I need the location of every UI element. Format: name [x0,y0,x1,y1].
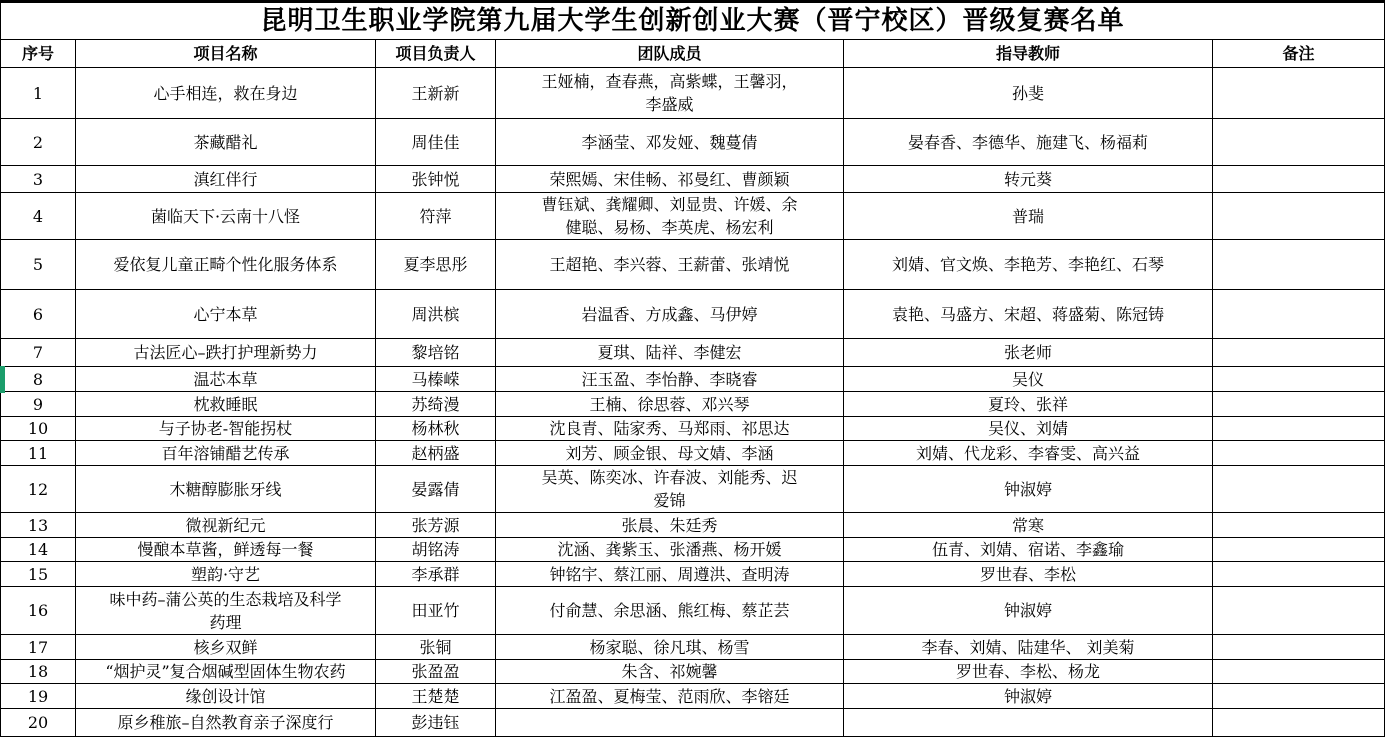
cell-project[interactable]: 心宁本草 [76,290,376,339]
table-row: 12木糖醇膨胀牙线晏露倩吴英、陈奕冰、许春波、刘能秀、迟 爱锦钟淑婷 [1,466,1385,513]
cell-project[interactable]: “烟护灵”复合烟碱型固体生物农药 [76,660,376,684]
cell-no[interactable]: 16 [1,587,76,635]
cell-note[interactable] [1213,166,1385,193]
cell-leader[interactable]: 晏露倩 [376,466,496,513]
table-row: 10与子协老-智能拐杖杨林秋沈良青、陆家秀、马郑雨、祁思达吴仪、刘婧 [1,417,1385,441]
cell-advisors[interactable]: 吴仪 [844,367,1213,392]
cell-leader[interactable]: 周佳佳 [376,119,496,166]
cell-no[interactable]: 10 [1,417,76,441]
cell-team[interactable] [496,709,844,737]
cell-project[interactable]: 核乡双鲜 [76,635,376,660]
table-row: 16味中药–蒲公英的生态栽培及科学 药理田亚竹付俞慧、余思涵、熊红梅、蔡芷芸钟淑… [1,587,1385,635]
table-title[interactable]: 昆明卫生职业学院第九届大学生创新创业大赛（晋宁校区）晋级复赛名单 [1,2,1385,40]
cell-note[interactable] [1213,660,1385,684]
cell-team[interactable]: 沈良青、陆家秀、马郑雨、祁思达 [496,417,844,441]
cell-project[interactable]: 菌临天下·云南十八怪 [76,193,376,240]
cell-leader[interactable]: 马榛嵘 [376,367,496,392]
cell-leader[interactable]: 张盈盈 [376,660,496,684]
cell-project[interactable]: 百年溶铺醋艺传承 [76,441,376,466]
cell-leader[interactable]: 周洪槟 [376,290,496,339]
cell-advisors[interactable]: 袁艳、马盛方、宋超、蒋盛菊、陈冠铸 [844,290,1213,339]
cell-note[interactable] [1213,635,1385,660]
cell-advisors[interactable]: 晏春香、李德华、施建飞、杨福莉 [844,119,1213,166]
cell-note[interactable] [1213,562,1385,587]
cell-advisors[interactable]: 罗世春、李松 [844,562,1213,587]
table-row: 15塑韵·守艺李承群钟铭宇、蔡江丽、周遵洪、查明涛罗世春、李松 [1,562,1385,587]
cell-team[interactable]: 岩温香、方成鑫、马伊婷 [496,290,844,339]
cell-advisors[interactable]: 钟淑婷 [844,684,1213,709]
header-no[interactable]: 序号 [1,40,76,68]
cell-project[interactable]: 慢酿本草酱，鲜透每一餐 [76,538,376,562]
table-row: 6心宁本草周洪槟岩温香、方成鑫、马伊婷袁艳、马盛方、宋超、蒋盛菊、陈冠铸 [1,290,1385,339]
table-row: 17核乡双鲜张铜杨家聪、徐凡琪、杨雪李春、刘婧、陆建华、 刘美菊 [1,635,1385,660]
cell-advisors[interactable]: 李春、刘婧、陆建华、 刘美菊 [844,635,1213,660]
table-row: 7古法匠心–跌打护理新势力黎培铭夏琪、陆祥、李健宏张老师 [1,339,1385,367]
cell-note[interactable] [1213,68,1385,119]
cell-no[interactable]: 11 [1,441,76,466]
selected-cell-indicator [0,366,5,393]
cell-no[interactable]: 14 [1,538,76,562]
table-row: 11百年溶铺醋艺传承赵柄盛刘芳、顾金银、母文婧、李涵刘婧、代龙彩、李睿雯、高兴益 [1,441,1385,466]
cell-note[interactable] [1213,339,1385,367]
cell-advisors[interactable]: 钟淑婷 [844,466,1213,513]
cell-team[interactable]: 荣熙嫣、宋佳畅、祁曼红、曹颜颖 [496,166,844,193]
cell-advisors[interactable]: 夏玲、张祥 [844,392,1213,417]
table-row: 1心手相连，救在身边王新新王娅楠，查春燕，高紫蝶，王馨羽， 李盛威孙斐 [1,68,1385,119]
cell-no[interactable]: 15 [1,562,76,587]
cell-no[interactable]: 7 [1,339,76,367]
cell-advisors[interactable]: 刘婧、官文焕、李艳芳、李艳红、石琴 [844,240,1213,290]
results-table: 昆明卫生职业学院第九届大学生创新创业大赛（晋宁校区）晋级复赛名单 序号项目名称项… [0,0,1385,737]
cell-team[interactable]: 汪玉盈、李怡静、李晓睿 [496,367,844,392]
table-row: 4菌临天下·云南十八怪符萍曹钰斌、龚耀卿、刘显贵、许媛、余 健聪、易杨、李英虎、… [1,193,1385,240]
cell-advisors[interactable]: 吴仪、刘婧 [844,417,1213,441]
cell-leader[interactable]: 王新新 [376,68,496,119]
cell-team[interactable]: 刘芳、顾金银、母文婧、李涵 [496,441,844,466]
cell-leader[interactable]: 杨林秋 [376,417,496,441]
cell-team[interactable]: 杨家聪、徐凡琪、杨雪 [496,635,844,660]
cell-advisors[interactable]: 普瑞 [844,193,1213,240]
cell-team[interactable]: 王娅楠，查春燕，高紫蝶，王馨羽， 李盛威 [496,68,844,119]
cell-leader[interactable]: 赵柄盛 [376,441,496,466]
cell-note[interactable] [1213,441,1385,466]
table-row: 3滇红伴行张钟悦荣熙嫣、宋佳畅、祁曼红、曹颜颖转元葵 [1,166,1385,193]
cell-note[interactable] [1213,290,1385,339]
cell-no[interactable]: 17 [1,635,76,660]
cell-note[interactable] [1213,684,1385,709]
cell-leader[interactable]: 胡铭涛 [376,538,496,562]
table-row: 8温芯本草马榛嵘汪玉盈、李怡静、李晓睿吴仪 [1,367,1385,392]
cell-project[interactable]: 枕救睡眠 [76,392,376,417]
cell-leader[interactable]: 夏李思彤 [376,240,496,290]
cell-note[interactable] [1213,466,1385,513]
table-row: 5爱依复儿童正畸个性化服务体系夏李思彤王超艳、李兴蓉、王薪蕾、张靖悦刘婧、官文焕… [1,240,1385,290]
cell-note[interactable] [1213,367,1385,392]
cell-no[interactable]: 2 [1,119,76,166]
cell-note[interactable] [1213,587,1385,635]
cell-advisors[interactable]: 刘婧、代龙彩、李睿雯、高兴益 [844,441,1213,466]
cell-leader[interactable]: 田亚竹 [376,587,496,635]
cell-leader[interactable]: 张钟悦 [376,166,496,193]
cell-project[interactable]: 味中药–蒲公英的生态栽培及科学 药理 [76,587,376,635]
cell-advisors[interactable] [844,709,1213,737]
cell-team[interactable]: 曹钰斌、龚耀卿、刘显贵、许媛、余 健聪、易杨、李英虎、杨宏利 [496,193,844,240]
cell-team[interactable]: 王超艳、李兴蓉、王薪蕾、张靖悦 [496,240,844,290]
header-project[interactable]: 项目名称 [76,40,376,68]
cell-no[interactable]: 8 [1,367,76,392]
cell-project[interactable]: 塑韵·守艺 [76,562,376,587]
cell-project[interactable]: 与子协老-智能拐杖 [76,417,376,441]
table-row: 20原乡稚旅–自然教育亲子深度行彭违钰 [1,709,1385,737]
table-row: 19缘创设计馆王楚楚江盈盈、夏梅莹、范雨欣、李镕廷钟淑婷 [1,684,1385,709]
cell-no[interactable]: 5 [1,240,76,290]
header-team[interactable]: 团队成员 [496,40,844,68]
cell-no[interactable]: 3 [1,166,76,193]
cell-no[interactable]: 1 [1,68,76,119]
cell-no[interactable]: 6 [1,290,76,339]
cell-no[interactable]: 9 [1,392,76,417]
cell-advisors[interactable]: 钟淑婷 [844,587,1213,635]
cell-note[interactable] [1213,119,1385,166]
cell-team[interactable]: 钟铭宇、蔡江丽、周遵洪、查明涛 [496,562,844,587]
cell-project[interactable]: 滇红伴行 [76,166,376,193]
cell-project[interactable]: 茶藏醋礼 [76,119,376,166]
cell-team[interactable]: 张晨、朱廷秀 [496,513,844,538]
header-note[interactable]: 备注 [1213,40,1385,68]
cell-project[interactable]: 温芯本草 [76,367,376,392]
cell-leader[interactable]: 黎培铭 [376,339,496,367]
cell-note[interactable] [1213,193,1385,240]
cell-advisors[interactable]: 转元葵 [844,166,1213,193]
cell-team[interactable]: 王楠、徐思蓉、邓兴琴 [496,392,844,417]
table-row: 2茶藏醋礼周佳佳李涵莹、邓发娅、魏蔓倩晏春香、李德华、施建飞、杨福莉 [1,119,1385,166]
cell-advisors[interactable]: 常寒 [844,513,1213,538]
cell-advisors[interactable]: 张老师 [844,339,1213,367]
cell-project[interactable]: 缘创设计馆 [76,684,376,709]
table-row: 18“烟护灵”复合烟碱型固体生物农药张盈盈朱含、祁婉馨罗世春、李松、杨龙 [1,660,1385,684]
cell-project[interactable]: 心手相连，救在身边 [76,68,376,119]
table-row: 13微视新纪元张芳源张晨、朱廷秀常寒 [1,513,1385,538]
cell-team[interactable]: 李涵莹、邓发娅、魏蔓倩 [496,119,844,166]
cell-no[interactable]: 18 [1,660,76,684]
cell-note[interactable] [1213,240,1385,290]
cell-no[interactable]: 12 [1,466,76,513]
cell-leader[interactable]: 李承群 [376,562,496,587]
cell-note[interactable] [1213,709,1385,737]
cell-leader[interactable]: 王楚楚 [376,684,496,709]
cell-no[interactable]: 19 [1,684,76,709]
spreadsheet-view: 昆明卫生职业学院第九届大学生创新创业大赛（晋宁校区）晋级复赛名单 序号项目名称项… [0,0,1387,742]
cell-project[interactable]: 微视新纪元 [76,513,376,538]
header-leader[interactable]: 项目负责人 [376,40,496,68]
cell-note[interactable] [1213,392,1385,417]
cell-leader[interactable]: 苏绮漫 [376,392,496,417]
cell-note[interactable] [1213,513,1385,538]
cell-project[interactable]: 爱依复儿童正畸个性化服务体系 [76,240,376,290]
cell-note[interactable] [1213,538,1385,562]
cell-leader[interactable]: 张芳源 [376,513,496,538]
cell-team[interactable]: 吴英、陈奕冰、许春波、刘能秀、迟 爱锦 [496,466,844,513]
cell-team[interactable]: 夏琪、陆祥、李健宏 [496,339,844,367]
cell-team[interactable]: 付俞慧、余思涵、熊红梅、蔡芷芸 [496,587,844,635]
header-row: 序号项目名称项目负责人团队成员指导教师备注 [1,40,1385,68]
cell-advisors[interactable]: 罗世春、李松、杨龙 [844,660,1213,684]
cell-leader[interactable]: 张铜 [376,635,496,660]
cell-project[interactable]: 原乡稚旅–自然教育亲子深度行 [76,709,376,737]
cell-advisors[interactable]: 伍青、刘婧、宿诺、李鑫瑜 [844,538,1213,562]
cell-project[interactable]: 古法匠心–跌打护理新势力 [76,339,376,367]
cell-team[interactable]: 朱含、祁婉馨 [496,660,844,684]
cell-no[interactable]: 20 [1,709,76,737]
cell-no[interactable]: 4 [1,193,76,240]
cell-note[interactable] [1213,417,1385,441]
cell-leader[interactable]: 彭违钰 [376,709,496,737]
cell-advisors[interactable]: 孙斐 [844,68,1213,119]
table-row: 9枕救睡眠苏绮漫王楠、徐思蓉、邓兴琴夏玲、张祥 [1,392,1385,417]
header-advisors[interactable]: 指导教师 [844,40,1213,68]
cell-leader[interactable]: 符萍 [376,193,496,240]
cell-no[interactable]: 13 [1,513,76,538]
title-row: 昆明卫生职业学院第九届大学生创新创业大赛（晋宁校区）晋级复赛名单 [1,2,1385,40]
cell-team[interactable]: 江盈盈、夏梅莹、范雨欣、李镕廷 [496,684,844,709]
cell-project[interactable]: 木糖醇膨胀牙线 [76,466,376,513]
cell-team[interactable]: 沈涵、龚紫玉、张潘燕、杨开媛 [496,538,844,562]
table-row: 14慢酿本草酱，鲜透每一餐胡铭涛沈涵、龚紫玉、张潘燕、杨开媛伍青、刘婧、宿诺、李… [1,538,1385,562]
